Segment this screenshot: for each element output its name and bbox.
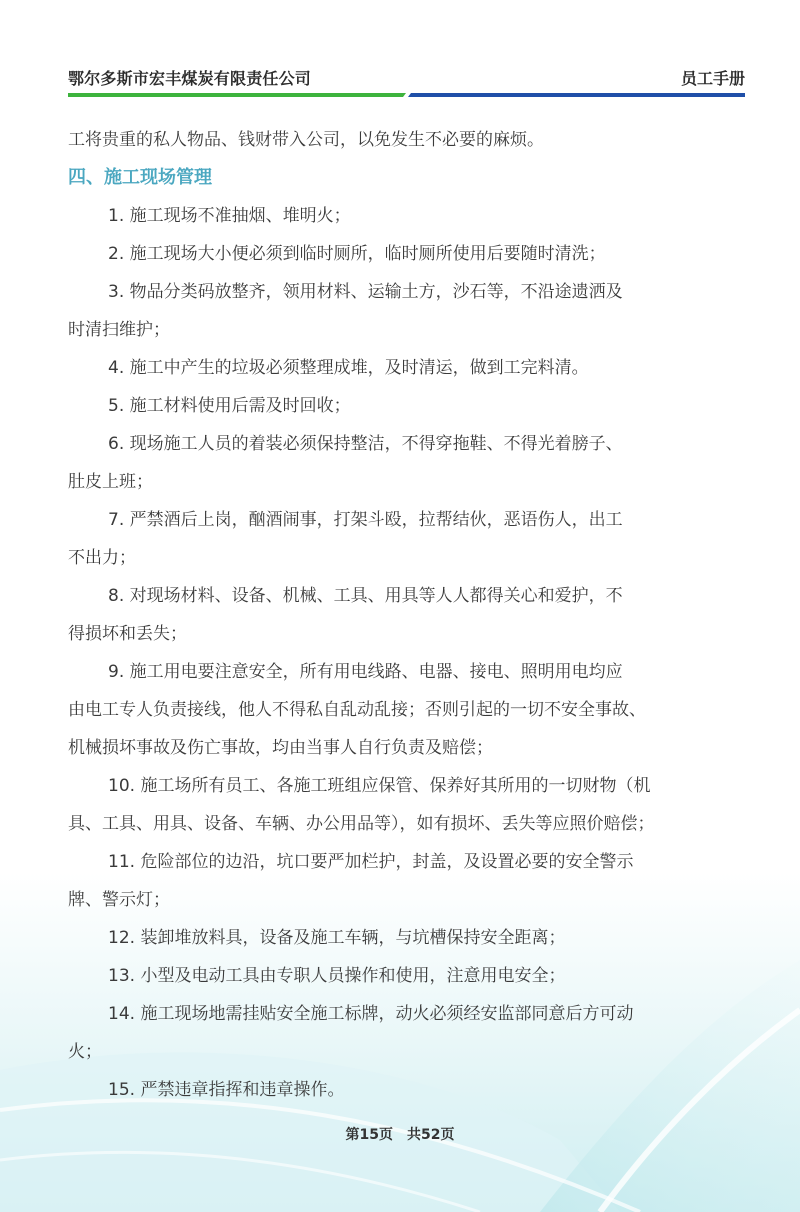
company-name: 鄂尔多斯市宏丰煤炭有限责任公司 [68, 66, 311, 89]
list-item: 6. 现场施工人员的着装必须保持整洁，不得穿拖鞋、不得光着膀子、 [68, 425, 748, 463]
list-item-continuation: 火； [68, 1033, 748, 1071]
list-item: 11. 危险部位的边沿，坑口要严加栏护，封盖，及设置必要的安全警示 [68, 843, 748, 881]
page-body: 工将贵重的私人物品、钱财带入公司，以免发生不必要的麻烦。 四、施工现场管理 1.… [68, 121, 748, 1109]
list-item: 13. 小型及电动工具由专职人员操作和使用，注意用电安全； [68, 957, 748, 995]
list-item: 2. 施工现场大小便必须到临时厕所，临时厕所使用后要随时清洗； [68, 235, 748, 273]
list-item: 4. 施工中产生的垃圾必须整理成堆，及时清运，做到工完料清。 [68, 349, 748, 387]
list-item: 9. 施工用电要注意安全，所有用电线路、电器、接电、照明用电均应 [68, 653, 748, 691]
list-item: 3. 物品分类码放整齐，领用材料、运输土方，沙石等，不沿途遗洒及 [68, 273, 748, 311]
section-heading: 四、施工现场管理 [68, 159, 748, 197]
list-item: 7. 严禁酒后上岗，酗酒闹事，打架斗殴，拉帮结伙，恶语伤人，出工 [68, 501, 748, 539]
list-item-continuation: 机械损坏事故及伤亡事故，均由当事人自行负责及赔偿； [68, 729, 748, 767]
list-item: 5. 施工材料使用后需及时回收； [68, 387, 748, 425]
list-item-continuation: 得损坏和丢失； [68, 615, 748, 653]
body-line: 工将贵重的私人物品、钱财带入公司，以免发生不必要的麻烦。 [68, 121, 748, 159]
list-item: 15. 严禁违章指挥和违章操作。 [68, 1071, 748, 1109]
page-footer: 第15页共52页 [0, 1124, 800, 1144]
header-divider [68, 93, 745, 97]
list-item: 1. 施工现场不准抽烟、堆明火； [68, 197, 748, 235]
list-item-continuation: 牌、警示灯； [68, 881, 748, 919]
list-item: 10. 施工场所有员工、各施工班组应保管、保养好其所用的一切财物（机 [68, 767, 748, 805]
list-item: 12. 装卸堆放料具，设备及施工车辆，与坑槽保持安全距离； [68, 919, 748, 957]
current-page-number: 第15页 [346, 1127, 393, 1143]
list-item: 8. 对现场材料、设备、机械、工具、用具等人人都得关心和爱护，不 [68, 577, 748, 615]
document-title: 员工手册 [681, 66, 745, 89]
page-header: 鄂尔多斯市宏丰煤炭有限责任公司 员工手册 [68, 66, 745, 86]
list-item-continuation: 时清扫维护； [68, 311, 748, 349]
list-item-continuation: 由电工专人负责接线，他人不得私自乱动乱接；否则引起的一切不安全事故、 [68, 691, 748, 729]
total-page-count: 共52页 [407, 1127, 454, 1143]
document-page: 鄂尔多斯市宏丰煤炭有限责任公司 员工手册 工将贵重的私人物品、钱财带入公司，以免… [0, 0, 800, 1212]
list-item-continuation: 不出力； [68, 539, 748, 577]
list-item-continuation: 具、工具、用具、设备、车辆、办公用品等），如有损坏、丢失等应照价赔偿； [68, 805, 748, 843]
list-item: 14. 施工现场地需挂贴安全施工标牌，动火必须经安监部同意后方可动 [68, 995, 748, 1033]
list-item-continuation: 肚皮上班； [68, 463, 748, 501]
